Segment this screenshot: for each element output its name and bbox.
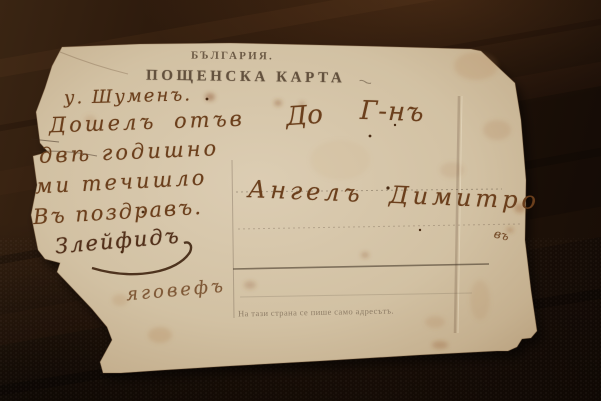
photo-of-postcard: БЪЛГАРИЯ. ПОЩЕНСКА КАРТА ⁓ На тази стран…	[0, 0, 601, 401]
recipient-name-suffix: въ	[493, 227, 510, 242]
country-header: БЪЛГАРИЯ.	[191, 51, 274, 63]
message-line: у. Шуменъ.	[64, 86, 192, 107]
address-honorific: Г-нъ	[360, 98, 425, 126]
address-to-label: До	[285, 102, 324, 131]
